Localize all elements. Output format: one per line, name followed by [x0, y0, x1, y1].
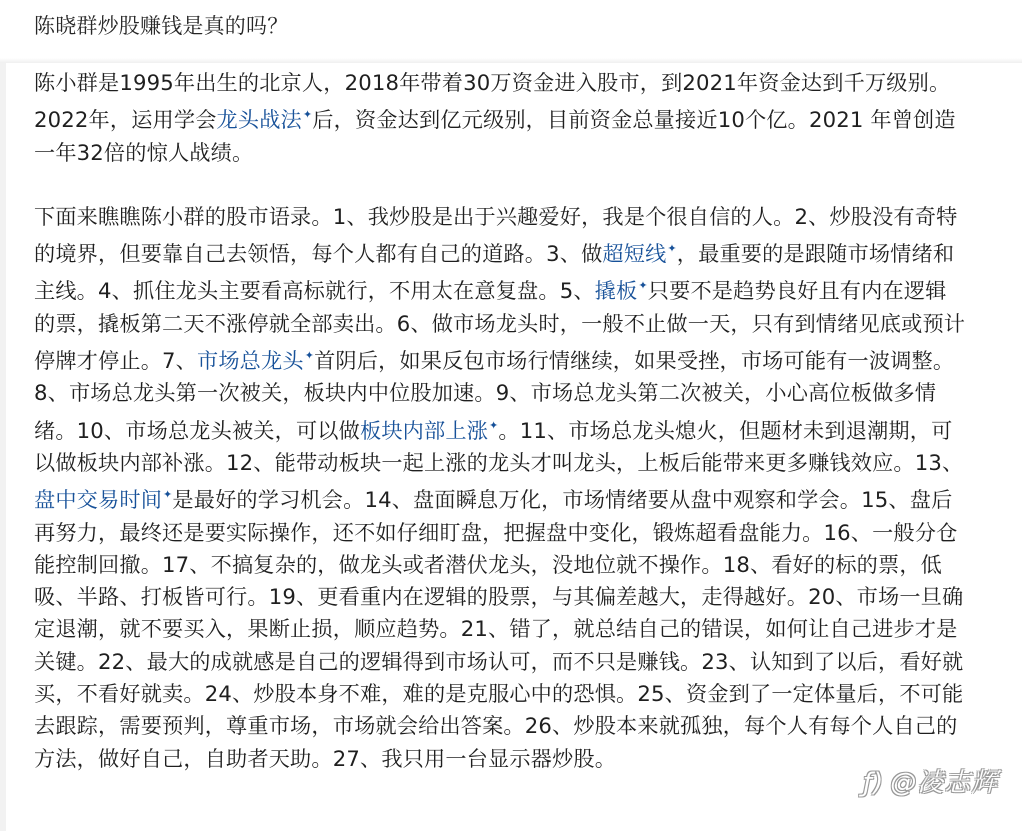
text-line: 定退潮，就不要买入，果断止损，顺应趋势。21、错了，就总结自己的错误，如何让自己… — [34, 613, 1022, 645]
text-segment: 后，资金达到亿元级别，目前资金总量接近10个亿。2021 年曾创造 — [312, 107, 955, 132]
keyword-link-label: 超短线 — [602, 241, 666, 266]
text-line: 的票，撬板第二天不涨停就全部卖出。6、做市场龙头时，一般不止做一天，只有到情绪见… — [34, 308, 1022, 340]
sparkle-icon: ✦ — [163, 488, 172, 501]
text-segment: 是最好的学习机会。14、盘面瞬息万化，市场情绪要从盘中观察和学会。15、盘后 — [172, 487, 952, 512]
text-line: 2022年，运用学会龙头战法✦后，资金达到亿元级别，目前资金总量接近10个亿。2… — [34, 99, 1022, 136]
keyword-link-label: 撬板 — [595, 278, 638, 303]
keyword-link[interactable]: 超短线✦ — [602, 241, 676, 266]
text-line: 8、市场总龙头第一次被关，板块内中位股加速。9、市场总龙头第二次被关，小心高位板… — [34, 377, 1022, 409]
question-header: 陈晓群炒股赚钱是真的吗？ — [0, 0, 1022, 60]
text-line: 停牌才停止。7、市场总龙头✦首阴后，如果反包市场行情继续，如果受挫，市场可能有一… — [34, 340, 1022, 377]
text-segment: ，最重要的是跟随市场情绪和 — [677, 241, 954, 266]
text-line: 一年32倍的惊人战绩。 — [34, 137, 1022, 169]
sparkle-icon: ✦ — [489, 419, 498, 432]
text-segment: 主线。4、抓住龙头主要看高标就行，不用太在意复盘。5、 — [34, 278, 595, 303]
text-segment: 以做板块内部补涨。12、能带动板块一起上涨的龙头才叫龙头，上板后能带来更多赚钱效… — [34, 450, 963, 475]
text-line: 下面来瞧瞧陈小群的股市语录。1、我炒股是出于兴趣爱好，我是个很自信的人。2、炒股… — [34, 201, 1022, 233]
keyword-link[interactable]: 板块内部上涨✦ — [360, 418, 498, 443]
text-line: 盘中交易时间✦是最好的学习机会。14、盘面瞬息万化，市场情绪要从盘中观察和学会。… — [34, 479, 1022, 516]
text-line: 的境界，但要靠自己去领悟，每个人都有自己的道路。3、做超短线✦，最重要的是跟随市… — [34, 233, 1022, 270]
text-segment: 吸、半路、打板皆可行。19、更看重内在逻辑的股票，与其偏差越大，走得越好。20、… — [34, 584, 963, 609]
sparkle-icon: ✦ — [667, 242, 676, 255]
text-segment: 2022年，运用学会 — [34, 107, 217, 132]
text-segment: 买，不看好就卖。24、炒股本身不难，难的是克服心中的恐惧。25、资金到了一定体量… — [34, 681, 963, 706]
text-segment: 停牌才停止。7、 — [34, 348, 197, 373]
text-segment: 的票，撬板第二天不涨停就全部卖出。6、做市场龙头时，一般不止做一天，只有到情绪见… — [34, 311, 965, 336]
zhihu-logo-icon: ƒ) — [863, 768, 884, 798]
text-segment: 绪。10、市场总龙头被关，可以做 — [34, 418, 360, 443]
text-line: 吸、半路、打板皆可行。19、更看重内在逻辑的股票，与其偏差越大，走得越好。20、… — [34, 581, 1022, 613]
text-segment: 只要不是趋势良好且有内在逻辑 — [648, 278, 947, 303]
keyword-link-label: 板块内部上涨 — [360, 418, 488, 443]
text-line: 以做板块内部补涨。12、能带动板块一起上涨的龙头才叫龙头，上板后能带来更多赚钱效… — [34, 447, 1022, 479]
keyword-link-label: 市场总龙头 — [197, 348, 304, 373]
text-segment: 陈小群是1995年出生的北京人，2018年带着30万资金进入股市，到2021年资… — [34, 70, 950, 95]
answer-paragraph: 下面来瞧瞧陈小群的股市语录。1、我炒股是出于兴趣爱好，我是个很自信的人。2、炒股… — [34, 201, 1022, 775]
text-line: 绪。10、市场总龙头被关，可以做板块内部上涨✦。11、市场总龙头熄火，但题材未到… — [34, 410, 1022, 447]
keyword-link-label: 盘中交易时间 — [34, 487, 162, 512]
text-line: 再努力，最终还是要实际操作，还不如仔细盯盘，把握盘中变化，锻炼超看盘能力。16、… — [34, 517, 1022, 549]
watermark-author: @凌志辉 — [890, 768, 998, 798]
text-segment: 定退潮，就不要买入，果断止损，顺应趋势。21、错了，就总结自己的错误，如何让自己… — [34, 616, 957, 641]
question-title[interactable]: 陈晓群炒股赚钱是真的吗？ — [34, 10, 288, 40]
text-line: 陈小群是1995年出生的北京人，2018年带着30万资金进入股市，到2021年资… — [34, 67, 1022, 99]
sparkle-icon: ✦ — [638, 279, 647, 292]
keyword-link[interactable]: 龙头战法✦ — [217, 107, 313, 132]
keyword-link[interactable]: 撬板✦ — [595, 278, 648, 303]
text-segment: 的境界，但要靠自己去领悟，每个人都有自己的道路。3、做 — [34, 241, 602, 266]
text-line: 能控制回撤。17、不搞复杂的，做龙头或者潜伏龙头，没地位就不操作。18、看好的标… — [34, 549, 1022, 581]
keyword-link-label: 龙头战法 — [217, 107, 302, 132]
keyword-link[interactable]: 盘中交易时间✦ — [34, 487, 172, 512]
text-segment: 下面来瞧瞧陈小群的股市语录。1、我炒股是出于兴趣爱好，我是个很自信的人。2、炒股… — [34, 204, 957, 229]
text-segment: 8、市场总龙头第一次被关，板块内中位股加速。9、市场总龙头第二次被关，小心高位板… — [34, 380, 936, 405]
sparkle-icon: ✦ — [303, 108, 312, 121]
zhihu-watermark: ƒ)@凌志辉 — [863, 762, 998, 799]
text-line: 去跟踪，需要预判，尊重市场，市场就会给出答案。26、炒股本来就孤独，每个人有每个… — [34, 710, 1022, 742]
text-segment: 再努力，最终还是要实际操作，还不如仔细盯盘，把握盘中变化，锻炼超看盘能力。16、… — [34, 520, 957, 545]
text-segment: 关键。22、最大的成就感是自己的逻辑得到市场认可，而不只是赚钱。23、认知到了以… — [34, 649, 963, 674]
answer-paragraph: 陈小群是1995年出生的北京人，2018年带着30万资金进入股市，到2021年资… — [34, 67, 1022, 169]
text-line: 关键。22、最大的成就感是自己的逻辑得到市场认可，而不只是赚钱。23、认知到了以… — [34, 646, 1022, 678]
text-segment: 首阴后，如果反包市场行情继续，如果受挫，市场可能有一波调整。 — [314, 348, 954, 373]
text-segment: 一年32倍的惊人战绩。 — [34, 140, 253, 165]
sparkle-icon: ✦ — [305, 349, 314, 362]
text-segment: 方法，做好自己，自助者天助。27、我只用一台显示器炒股。 — [34, 746, 616, 771]
text-line: 主线。4、抓住龙头主要看高标就行，不用太在意复盘。5、撬板✦只要不是趋势良好且有… — [34, 270, 1022, 307]
answer-card: 陈小群是1995年出生的北京人，2018年带着30万资金进入股市，到2021年资… — [0, 63, 1022, 831]
keyword-link[interactable]: 市场总龙头✦ — [197, 348, 314, 373]
text-segment: 去跟踪，需要预判，尊重市场，市场就会给出答案。26、炒股本来就孤独，每个人有每个… — [34, 713, 957, 738]
answer-body: 陈小群是1995年出生的北京人，2018年带着30万资金进入股市，到2021年资… — [34, 67, 1022, 775]
text-segment: 。11、市场总龙头熄火，但题材未到退潮期，可 — [498, 418, 952, 443]
text-line: 买，不看好就卖。24、炒股本身不难，难的是克服心中的恐惧。25、资金到了一定体量… — [34, 678, 1022, 710]
text-segment: 能控制回撤。17、不搞复杂的，做龙头或者潜伏龙头，没地位就不操作。18、看好的标… — [34, 552, 942, 577]
